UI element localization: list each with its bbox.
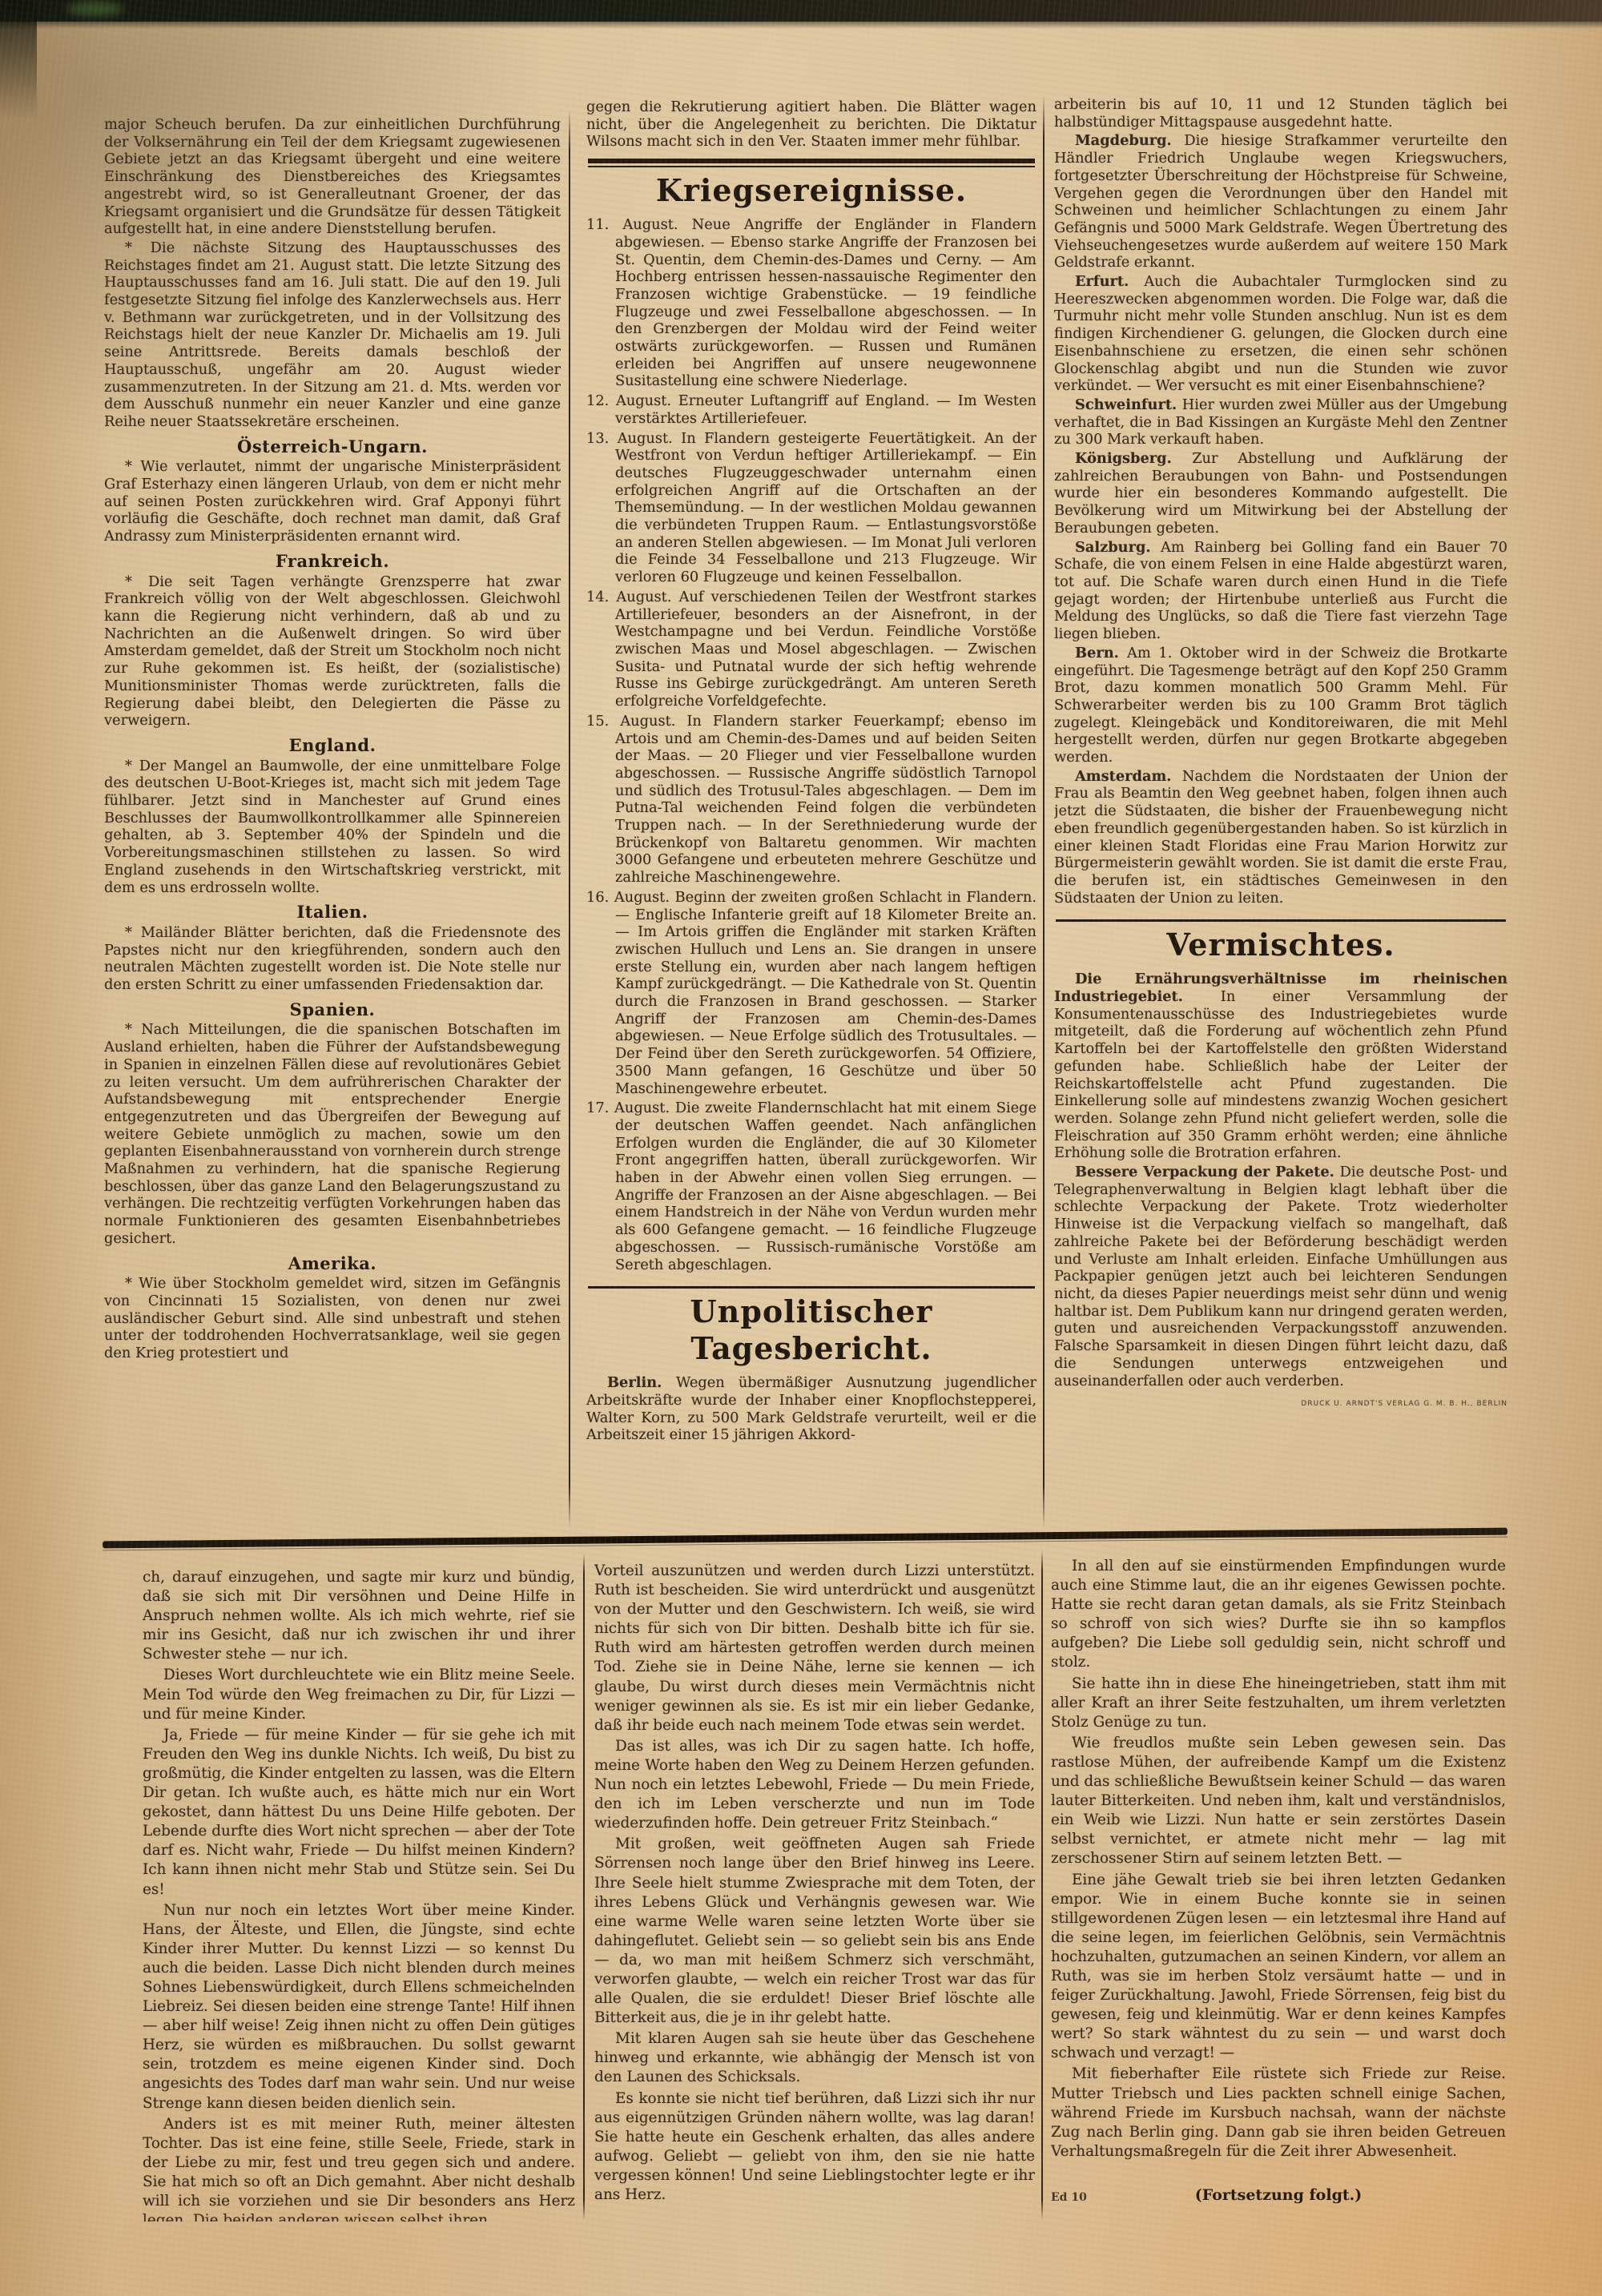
section-heading: Vermischtes. [1054,927,1507,963]
paragraph: major Scheuch berufen. Da zur einheitlic… [104,116,561,238]
paragraph-lead: Schweinfurt. [1075,396,1182,413]
paragraph: Ja, Friede — für meine Kinder — für sie … [143,1726,575,1900]
war-diary-entry: 11. August. Neue Angriffe der Engländer … [586,216,1036,390]
scan-left-shadow [0,0,37,120]
news-column-2: gegen die Rekrutierung agitiert haben. D… [586,99,1036,1529]
paragraph: Mit großen, weit geöffneten Augen sah Fr… [594,1835,1035,2028]
feuilleton-column-1: ch, darauf einzugehen, und sagte mir kur… [143,1568,575,2222]
subsection-heading: England. [104,737,561,754]
war-diary-entry: 17. August. Die zweite Flandernschlacht … [586,1100,1036,1273]
paragraph-lead: Salzburg. [1075,539,1161,556]
paragraph: Wie freudlos mußte sein Leben gewesen se… [1051,1734,1506,1869]
column-divider-1 [569,109,570,1528]
paragraph-lead: Erfurt. [1075,273,1144,290]
section-rule [588,1286,1035,1289]
feuilleton-column-3: In all den auf sie einstürmenden Empfind… [1051,1557,1506,2242]
signature-line: Ed 10(Fortsetzung folgt.) [1051,2185,1506,2205]
paragraph: Vorteil auszunützen und werden durch Liz… [594,1562,1035,1735]
paragraph: Dieses Wort durchleuchtete wie ein Blitz… [143,1666,575,1723]
feuilleton-column-2: Vorteil auszunützen und werden durch Liz… [594,1562,1035,2207]
paragraph: Mit fieberhafter Eile rüstete sich Fried… [1051,2065,1506,2161]
paragraph: Anders ist es mit meiner Ruth, meiner äl… [143,2115,575,2222]
paragraph: Erfurt. Auch die Aubachtaler Turmglocken… [1054,273,1507,395]
paragraph: gegen die Rekrutierung agitiert haben. D… [586,99,1036,151]
paragraph-lead: Bern. [1075,645,1127,661]
subsection-heading: Österreich-Ungarn. [104,438,561,456]
news-column-1: major Scheuch berufen. Da zur einheitlic… [104,116,561,1527]
paragraph: ch, darauf einzugehen, und sagte mir kur… [143,1568,575,1664]
paragraph: arbeiterin bis auf 10, 11 und 12 Stunden… [1054,96,1507,131]
paragraph: Amsterdam. Nachdem die Nordstaaten der U… [1054,768,1507,907]
scan-top-edge [0,0,1602,22]
subsection-heading: Spanien. [104,1001,561,1019]
paragraph: Es konnte sie nicht tief berühren, daß L… [594,2089,1035,2206]
paragraph-lead: Berlin. [607,1374,676,1391]
paragraph: * Der Mangel an Baumwolle, der eine unmi… [104,758,561,897]
feuilleton-divider-1 [583,1554,585,2220]
paragraph-lead: Bessere Verpackung der Pakete. [1075,1164,1340,1180]
paragraph: Das ist alles, was ich Dir zu sagen hatt… [594,1737,1035,1833]
paragraph: Die Ernährungsverhältnisse im rheinische… [1054,971,1507,1162]
war-diary-entry: 14. August. Auf verschiedenen Teilen der… [586,589,1036,710]
section-heading: Kriegsereignisse. [586,172,1036,209]
scan-debris [67,2,123,16]
subsection-heading: Frankreich. [104,553,561,570]
paragraph: Mit klaren Augen sah sie heute über das … [594,2029,1035,2087]
war-diary-entry: 12. August. Erneuter Luftangriff auf Eng… [586,392,1036,427]
section-heading: Unpolitischer Tagesbericht. [586,1293,1036,1367]
paragraph: * Wie über Stockholm gemeldet wird, sitz… [104,1275,561,1362]
printers-mark: Ed 10 [1051,2188,1087,2207]
paragraph: Magdeburg. Die hiesige Strafkammer verur… [1054,132,1507,271]
paragraph-lead: Magdeburg. [1075,132,1184,149]
news-column-3: arbeiterin bis auf 10, 11 und 12 Stunden… [1054,96,1507,1528]
paragraph: Eine jähe Gewalt trieb sie bei ihren let… [1051,1871,1506,2064]
paragraph: Sie hatte ihn in diese Ehe hineingetrieb… [1051,1675,1506,1732]
paragraph: * Die seit Tagen verhängte Grenzsperre h… [104,573,561,730]
paragraph: * Wie verlautet, nimmt der ungarische Mi… [104,458,561,545]
paragraph: * Nach Mitteilungen, die die spanischen … [104,1021,561,1247]
column-divider-2 [1043,94,1045,1528]
paragraph: Nun nur noch ein letztes Wort über meine… [143,1901,575,2113]
paragraph-lead: Amsterdam. [1075,768,1182,785]
printer-imprint: Druck u. Arndt's Verlag G. m. b. H., Ber… [1301,1396,1507,1413]
paragraph: * Mailänder Blätter berichten, daß die F… [104,924,561,994]
paragraph-lead: Königsberg. [1075,450,1192,467]
paragraph: Salzburg. Am Rainberg bei Golling fand e… [1054,539,1507,643]
paragraph: Bern. Am 1. Oktober wird in der Schweiz … [1054,645,1507,766]
subsection-heading: Amerika. [104,1255,561,1273]
continuation-note: (Fortsetzung folgt.) [1051,2185,1506,2205]
section-rule [1056,919,1506,922]
section-rule [588,159,1035,167]
paragraph: Bessere Verpackung der Pakete. Die deuts… [1054,1164,1507,1389]
paragraph: Berlin. Wegen übermäßiger Ausnutzung jug… [586,1374,1036,1444]
feuilleton-divider-2 [1041,1550,1043,2220]
paragraph: In all den auf sie einstürmenden Empfind… [1051,1557,1506,1673]
paragraph: Königsberg. Zur Abstellung und Aufklärun… [1054,450,1507,537]
paragraph: * Die nächste Sitzung des Hauptausschuss… [104,239,561,431]
subsection-heading: Italien. [104,903,561,921]
war-diary-entry: 15. August. In Flandern starker Feuerkam… [586,713,1036,887]
paragraph-lead: Die Ernährungsverhältnisse im rheinische… [1054,971,1507,1005]
feuilleton-separator-rule [103,1528,1507,1549]
war-diary-entry: 16. August. Beginn der zweiten großen Sc… [586,889,1036,1097]
paragraph: Schweinfurt. Hier wurden zwei Müller aus… [1054,396,1507,448]
newspaper-page: major Scheuch berufen. Da zur einheitlic… [0,0,1602,2296]
war-diary-entry: 13. August. In Flandern gesteigerte Feue… [586,430,1036,586]
